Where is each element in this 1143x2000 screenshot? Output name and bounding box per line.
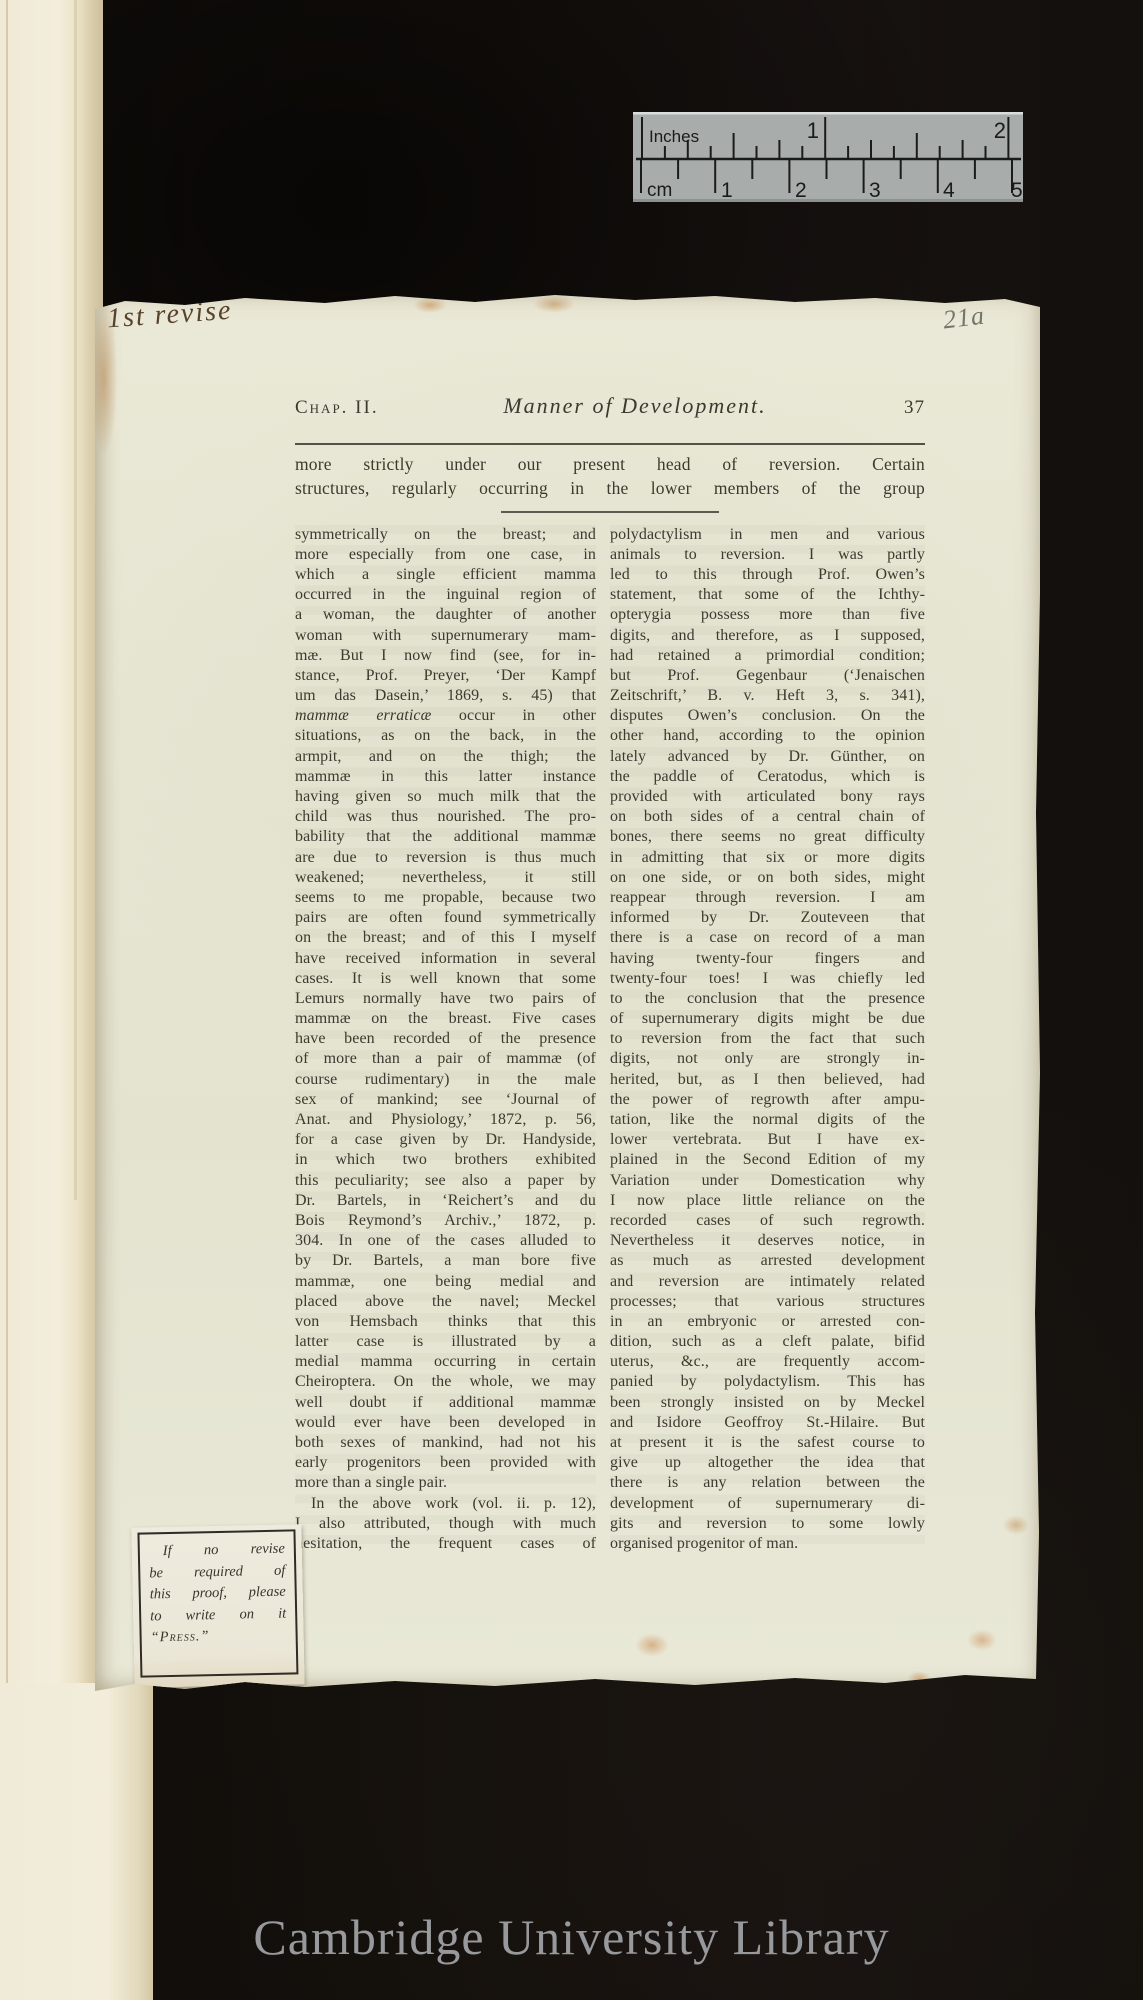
text-line: lower vertebrata. But I have ex- xyxy=(610,1130,925,1150)
text-line: medial mamma occurring in certain xyxy=(295,1352,596,1372)
text-line: mæ. But I now find (see, for in- xyxy=(295,646,596,666)
text-line: Cheiroptera. On the whole, we may xyxy=(295,1372,596,1392)
pencil-folio-number: 21a xyxy=(941,301,986,336)
ruler-cm-number: 5 xyxy=(1011,179,1023,202)
text-line: but Prof. Gegenbaur (‘Jenaischen xyxy=(610,666,925,686)
text-line: in admitting that six or more digits xyxy=(610,848,925,868)
text-line: been strongly insisted on by Meckel xyxy=(610,1393,925,1413)
text-line: cases. It is well known that some xyxy=(295,969,596,989)
text-line: other hand, according to the opinion xyxy=(610,726,925,746)
text-line: herited, but, as I then believed, had xyxy=(610,1070,925,1090)
text-line: Variation under Domestication why xyxy=(610,1171,925,1191)
text-line: on one side, or on both sides, might xyxy=(610,868,925,888)
library-watermark: Cambridge University Library xyxy=(253,1908,889,1966)
ruler-cm-number: 3 xyxy=(869,179,881,202)
column-divider-rule xyxy=(501,511,719,513)
text-line: Lemurs normally have two pairs of xyxy=(295,989,596,1009)
text-line: processes; that various structures xyxy=(610,1292,925,1312)
text-line: “Press.” xyxy=(150,1625,286,1649)
ruler-inch-number: 2 xyxy=(994,118,1006,143)
text-line: and reversion are intimately related xyxy=(610,1272,925,1292)
press-note-border-box: If no revisebe required ofthis proof, pl… xyxy=(137,1529,298,1677)
text-line: occurred in the inguinal region of xyxy=(295,585,596,605)
ruler-cm-number: 1 xyxy=(721,179,733,202)
left-column: symmetrically on the breast; andmore esp… xyxy=(295,525,596,1555)
foxing-spot xyxy=(1003,1515,1029,1535)
text-line: more than a single pair. xyxy=(295,1473,596,1493)
text-line: having given so much milk that the xyxy=(295,787,596,807)
text-line: having twenty-four fingers and xyxy=(610,949,925,969)
foxing-spot xyxy=(533,295,575,313)
text-line: 304. In one of the cases alluded to xyxy=(295,1231,596,1251)
text-line: give up altogether the idea that xyxy=(610,1453,925,1473)
header-rule xyxy=(295,443,925,445)
text-line: have been recorded of the presence xyxy=(295,1029,596,1049)
text-line: uterus, &c., are frequently accom- xyxy=(610,1352,925,1372)
text-line: have received information in several xyxy=(295,949,596,969)
text-line: and Isidore Geoffroy St.-Hilaire. But xyxy=(610,1413,925,1433)
text-line: hesitation, the frequent cases of xyxy=(295,1534,596,1554)
text-line: of supernumerary digits might be due xyxy=(610,1009,925,1029)
ruler-cm-label: cm xyxy=(647,180,672,201)
ruler-graphic: Inches cm 1 2 1 2 3 4 5 xyxy=(633,112,1023,202)
text-line: weakened; nevertheless, it still xyxy=(295,868,596,888)
text-line: the paddle of Ceratodus, which is xyxy=(610,767,925,787)
text-line: digits, not only are strongly in- xyxy=(610,1049,925,1069)
text-line: I also attributed, though with much xyxy=(295,1514,596,1534)
text-line: at present it is the safest course to xyxy=(610,1433,925,1453)
chapter-label: Chap. II. xyxy=(295,397,445,419)
text-line: gits and reversion to some lowly xyxy=(610,1514,925,1534)
text-line: digits, and therefore, as I supposed, xyxy=(610,626,925,646)
intro-paragraph: more strictly under our present head of … xyxy=(295,453,925,500)
text-line: reappear through reversion. I am xyxy=(610,888,925,908)
two-column-text: symmetrically on the breast; andmore esp… xyxy=(295,525,925,1555)
text-line: to write on it xyxy=(150,1603,286,1627)
text-line: mammæ, one being medial and xyxy=(295,1272,596,1292)
text-line: of more than a pair of mammæ (of xyxy=(295,1049,596,1069)
text-line: course rudimentary) in the male xyxy=(295,1070,596,1090)
text-line: panied by polydactylism. This has xyxy=(610,1372,925,1392)
text-line: in which two brothers exhibited xyxy=(295,1150,596,1170)
text-line: statement, that some of the Ichthy- xyxy=(610,585,925,605)
text-line: symmetrically on the breast; and xyxy=(295,525,596,545)
ruler-body xyxy=(633,112,1023,202)
backing-board-bottom-left xyxy=(0,1683,153,2000)
text-line: to reversion from the fact that such xyxy=(610,1029,925,1049)
ruler-cm-number: 4 xyxy=(943,179,955,202)
text-line: In the above work (vol. ii. p. 12), xyxy=(295,1494,596,1514)
text-line: had retained a primordial condition; xyxy=(610,646,925,666)
foxing-spot xyxy=(413,297,447,313)
text-line: on both sides of a central chain of xyxy=(610,807,925,827)
text-line: sex of mankind; see ‘Journal of xyxy=(295,1090,596,1110)
ruler-glint xyxy=(633,112,1023,115)
text-line: as much as arrested development xyxy=(610,1251,925,1271)
foxing-spot xyxy=(635,1633,669,1657)
text-line: tation, like the normal digits of the xyxy=(610,1110,925,1130)
text-line: organised progenitor of man. xyxy=(610,1534,925,1554)
text-line: a woman, the daughter of another xyxy=(295,605,596,625)
text-line: polydactylism in men and various xyxy=(610,525,925,545)
text-line: seems to me propable, because two xyxy=(295,888,596,908)
text-line: more especially from one case, in xyxy=(295,545,596,565)
text-line: mammæ on the breast. Five cases xyxy=(295,1009,596,1029)
text-line: Anat. and Physiology,’ 1872, p. 56, xyxy=(295,1110,596,1130)
text-line: informed by Dr. Zouteveen that xyxy=(610,908,925,928)
text-line: Bois Reymond’s Archiv.,’ 1872, p. xyxy=(295,1211,596,1231)
text-line: stance, Prof. Preyer, ‘Der Kampf xyxy=(295,666,596,686)
text-line: Dr. Bartels, in ‘Reichert’s and du xyxy=(295,1191,596,1211)
ruler-cm-number: 2 xyxy=(795,179,807,202)
text-line: are due to reversion is thus much xyxy=(295,848,596,868)
text-line: plained in the Second Edition of my xyxy=(610,1150,925,1170)
right-column: polydactylism in men and variousanimals … xyxy=(610,525,925,1555)
text-line: the power of regrowth after ampu- xyxy=(610,1090,925,1110)
text-line: animals to reversion. I was partly xyxy=(610,545,925,565)
ruler-bottom-shade xyxy=(633,199,1023,202)
measurement-ruler: Inches cm 1 2 1 2 3 4 5 xyxy=(633,112,1023,202)
text-line: early progenitors been provided with xyxy=(295,1453,596,1473)
text-line: more strictly under our present head of … xyxy=(295,453,925,477)
foxing-spot xyxy=(907,1671,931,1687)
text-line: child was thus nourished. The pro- xyxy=(295,807,596,827)
text-line: dition, such as a cleft palate, bifid xyxy=(610,1332,925,1352)
text-line: If no revise xyxy=(149,1539,285,1563)
text-line: for a case given by Dr. Handyside, xyxy=(295,1130,596,1150)
text-line: disputes Owen’s conclusion. On the xyxy=(610,706,925,726)
text-line: this peculiarity; see also a paper by xyxy=(295,1171,596,1191)
text-line: on the breast; and of this I myself xyxy=(295,928,596,948)
text-line: both sexes of mankind, had not his xyxy=(295,1433,596,1453)
printed-text-block: Chap. II. Manner of Development. 37 more… xyxy=(295,393,925,1554)
text-line: well doubt if additional mammæ xyxy=(295,1393,596,1413)
foxing-spot xyxy=(967,1629,997,1651)
text-line: armpit, and on the thigh; the xyxy=(295,747,596,767)
text-line: situations, as on the back, in the xyxy=(295,726,596,746)
ruler-inches-label: Inches xyxy=(649,127,699,146)
text-line: Nevertheless it deserves notice, in xyxy=(610,1231,925,1251)
text-line: um das Dasein,’ 1869, s. 45) that xyxy=(295,686,596,706)
text-line: I now place little reliance on the xyxy=(610,1191,925,1211)
page-number: 37 xyxy=(825,397,925,419)
text-line: bones, there seems no great difficulty xyxy=(610,827,925,847)
text-line: to the conclusion that the presence xyxy=(610,989,925,1009)
text-line: opterygia possess more than five xyxy=(610,605,925,625)
running-title: Manner of Development. xyxy=(445,393,825,419)
text-line: there is any relation between the xyxy=(610,1473,925,1493)
text-line: be required of xyxy=(149,1560,285,1584)
text-line: placed above the navel; Meckel xyxy=(295,1292,596,1312)
text-line: structures, regularly occurring in the l… xyxy=(295,477,925,501)
text-line: there is a case on record of a man xyxy=(610,928,925,948)
handwritten-revise-annotation: 1st revise xyxy=(106,295,233,336)
text-line: von Hemsbach thinks that this xyxy=(295,1312,596,1332)
text-line: woman with supernumerary mam- xyxy=(295,626,596,646)
text-line: would ever have been developed in xyxy=(295,1413,596,1433)
text-line: mammæ erraticæ occur in other xyxy=(295,706,596,726)
text-line: provided with articulated bony rays xyxy=(610,787,925,807)
text-line: Zeitschrift,’ B. v. Heft 3, s. 341), xyxy=(610,686,925,706)
text-line: in an embryonic or arrested con- xyxy=(610,1312,925,1332)
text-line: latter case is illustrated by a xyxy=(295,1332,596,1352)
text-line: twenty-four toes! I was chiefly led xyxy=(610,969,925,989)
running-header: Chap. II. Manner of Development. 37 xyxy=(295,393,925,427)
text-line: by Dr. Bartels, a man bore five xyxy=(295,1251,596,1271)
press-note-label: If no revisebe required ofthis proof, pl… xyxy=(131,1524,304,1688)
text-line: pairs are often found symmetrically xyxy=(295,908,596,928)
text-line: development of supernumerary di- xyxy=(610,1494,925,1514)
ruler-inch-number: 1 xyxy=(807,118,819,143)
text-line: led to this through Prof. Owen’s xyxy=(610,565,925,585)
scanned-proof-page: 1st revise 21a Chap. II. Manner of Devel… xyxy=(95,293,1040,1693)
text-line: this proof, please xyxy=(150,1582,286,1606)
text-line: which a single efficient mamma xyxy=(295,565,596,585)
text-line: bability that the additional mammæ xyxy=(295,827,596,847)
text-line: recorded cases of such regrowth. xyxy=(610,1211,925,1231)
text-line: lately advanced by Dr. Günther, on xyxy=(610,747,925,767)
text-line: mammæ in this latter instance xyxy=(295,767,596,787)
